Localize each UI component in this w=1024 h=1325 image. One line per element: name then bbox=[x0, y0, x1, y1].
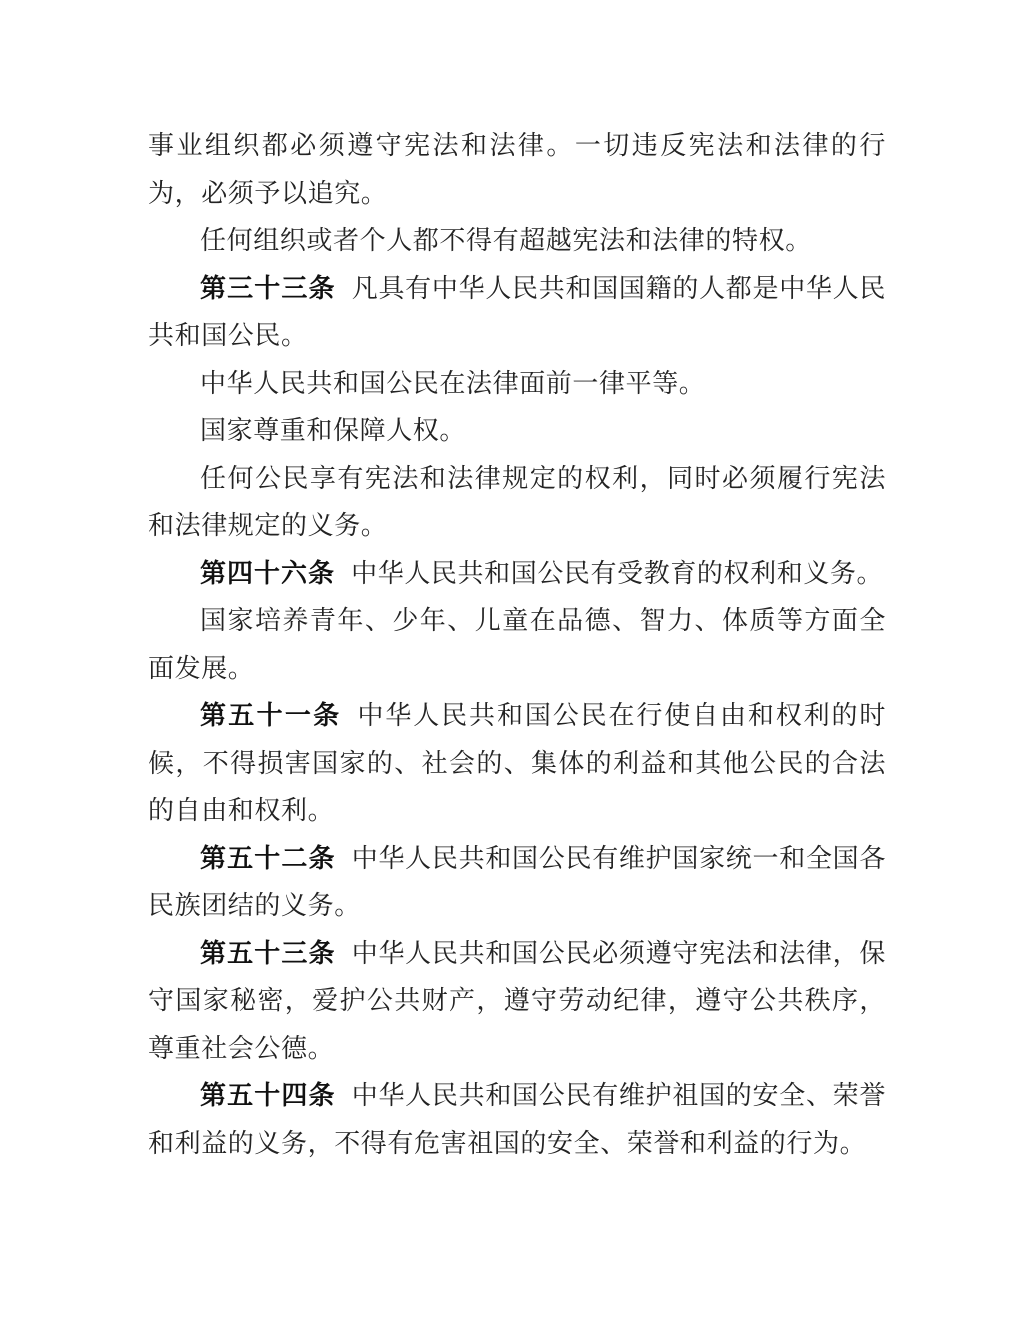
paragraph-text: 国家培养青年、少年、儿童在品德、智力、体质等方面全面发展。 bbox=[148, 606, 886, 683]
paragraph: 中华人民共和国公民在法律面前一律平等。 bbox=[148, 360, 886, 408]
paragraph: 第五十四条中华人民共和国公民有维护祖国的安全、荣誉和利益的义务，不得有危害祖国的… bbox=[148, 1072, 886, 1167]
paragraph: 第五十三条中华人民共和国公民必须遵守宪法和法律，保守国家秘密，爱护公共财产，遵守… bbox=[148, 930, 886, 1073]
paragraph-text: 中华人民共和国公民有受教育的权利和义务。 bbox=[351, 559, 883, 588]
paragraph-text: 国家尊重和保障人权。 bbox=[200, 416, 466, 445]
paragraph: 第五十一条中华人民共和国公民在行使自由和权利的时候，不得损害国家的、社会的、集体… bbox=[148, 692, 886, 835]
article-number: 第五十四条 bbox=[200, 1080, 336, 1110]
paragraph-text: 任何组织或者个人都不得有超越宪法和法律的特权。 bbox=[200, 226, 812, 255]
article-number: 第五十一条 bbox=[200, 700, 341, 730]
paragraph-text: 中华人民共和国公民在法律面前一律平等。 bbox=[200, 369, 705, 398]
paragraph: 事业组织都必须遵守宪法和法律。一切违反宪法和法律的行为，必须予以追究。 bbox=[148, 122, 886, 217]
paragraph: 国家培养青年、少年、儿童在品德、智力、体质等方面全面发展。 bbox=[148, 597, 886, 692]
document-text-block: 事业组织都必须遵守宪法和法律。一切违反宪法和法律的行为，必须予以追究。任何组织或… bbox=[148, 122, 886, 1167]
paragraph-text: 任何公民享有宪法和法律规定的权利，同时必须履行宪法和法律规定的义务。 bbox=[148, 464, 886, 541]
article-number: 第三十三条 bbox=[200, 273, 336, 303]
article-number: 第四十六条 bbox=[200, 558, 335, 588]
paragraph-text: 事业组织都必须遵守宪法和法律。一切违反宪法和法律的行为，必须予以追究。 bbox=[148, 131, 886, 208]
paragraph: 任何公民享有宪法和法律规定的权利，同时必须履行宪法和法律规定的义务。 bbox=[148, 455, 886, 550]
paragraph: 国家尊重和保障人权。 bbox=[148, 407, 886, 455]
paragraph: 第五十二条中华人民共和国公民有维护国家统一和全国各民族团结的义务。 bbox=[148, 835, 886, 930]
article-number: 第五十三条 bbox=[200, 938, 336, 968]
article-number: 第五十二条 bbox=[200, 843, 336, 873]
paragraph: 第四十六条中华人民共和国公民有受教育的权利和义务。 bbox=[148, 550, 886, 598]
paragraph: 任何组织或者个人都不得有超越宪法和法律的特权。 bbox=[148, 217, 886, 265]
document-page: 事业组织都必须遵守宪法和法律。一切违反宪法和法律的行为，必须予以追究。任何组织或… bbox=[0, 0, 1024, 1325]
paragraph: 第三十三条凡具有中华人民共和国国籍的人都是中华人民共和国公民。 bbox=[148, 265, 886, 360]
